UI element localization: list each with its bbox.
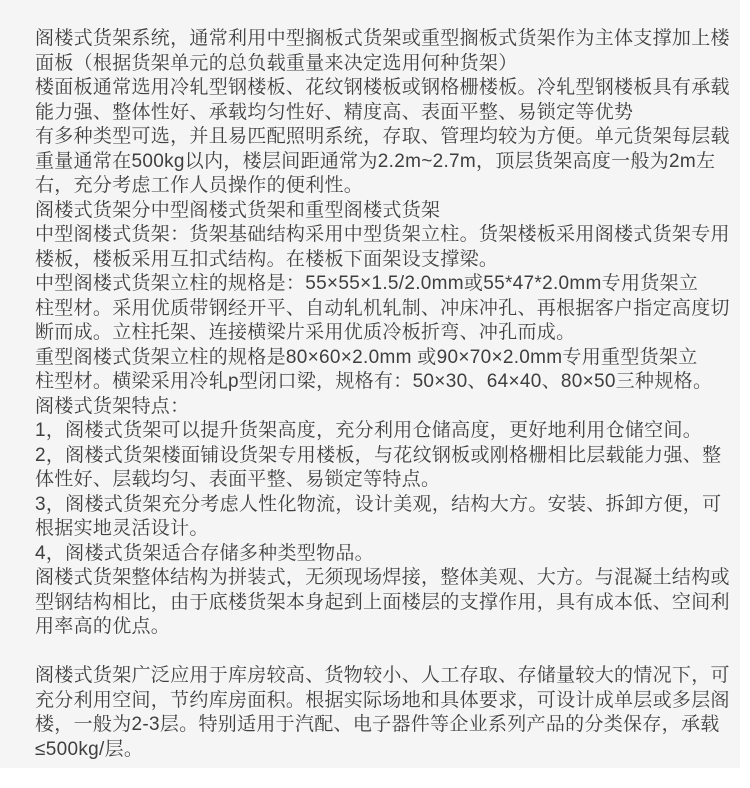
text-line: 面板（根据货架单元的总负载重量来决定选用何种货架） — [35, 52, 715, 77]
text-line: ≤500kg/层。 — [35, 738, 715, 763]
article-content-panel: 阁楼式货架系统，通常利用中型搁板式货架或重型搁板式货架作为主体支撑加上楼面板（根… — [0, 0, 740, 768]
text-line: 中型阁楼式货架：货架基础结构采用中型货架立柱。货架楼板采用阁楼式货架专用 — [35, 223, 715, 248]
blank-line — [35, 640, 715, 665]
text-line: 2，阁楼式货架楼面铺设货架专用楼板，与花纹钢板或刚格栅相比层载能力强、整 — [35, 444, 715, 469]
text-line: 用率高的优点。 — [35, 615, 715, 640]
text-line: 柱型材。采用优质带钢经开平、自动轧机轧制、冲床冲孔、再根据客户指定高度切 — [35, 297, 715, 322]
text-line: 重型阁楼式货架立柱的规格是80×60×2.0mm 或90×70×2.0mm专用重… — [35, 346, 715, 371]
text-line: 有多种类型可选，并且易匹配照明系统，存取、管理均较为方便。单元货架每层载 — [35, 125, 715, 150]
text-line: 柱型材。横梁采用冷轧p型闭口梁，规格有：50×30、64×40、80×50三种规… — [35, 370, 715, 395]
text-line: 充分利用空间，节约库房面积。根据实际场地和具体要求，可设计成单层或多层阁 — [35, 689, 715, 714]
text-line: 重量通常在500kg以内，楼层间距通常为2.2m~2.7m，顶层货架高度一般为2… — [35, 150, 715, 175]
text-line: 右，充分考虑工作人员操作的便利性。 — [35, 174, 715, 199]
text-line: 4，阁楼式货架适合存储多种类型物品。 — [35, 542, 715, 567]
text-line: 断而成。立柱托架、连接横梁片采用优质冷板折弯、冲孔而成。 — [35, 321, 715, 346]
text-line: 根据实地灵活设计。 — [35, 517, 715, 542]
page: 阁楼式货架系统，通常利用中型搁板式货架或重型搁板式货架作为主体支撑加上楼面板（根… — [0, 0, 750, 788]
text-line: 楼板，楼板采用互扣式结构。在楼板下面架设支撑梁。 — [35, 248, 715, 273]
text-line: 体性好、层载均匀、表面平整、易锁定等特点。 — [35, 468, 715, 493]
text-line: 中型阁楼式货架立柱的规格是：55×55×1.5/2.0mm或55*47*2.0m… — [35, 272, 715, 297]
text-line: 型钢结构相比，由于底楼货架本身起到上面楼层的支撑作用，具有成本低、空间利 — [35, 591, 715, 616]
text-line: 能力强、整体性好、承载均匀性好、精度高、表面平整、易锁定等优势 — [35, 101, 715, 126]
text-line: 3，阁楼式货架充分考虑人性化物流，设计美观，结构大方。安装、拆卸方便，可 — [35, 493, 715, 518]
text-line: 阁楼式货架系统，通常利用中型搁板式货架或重型搁板式货架作为主体支撑加上楼 — [35, 27, 715, 52]
text-line: 楼，一般为2-3层。特别适用于汽配、电子器件等企业系列产品的分类保存，承载 — [35, 713, 715, 738]
text-line: 阁楼式货架分中型阁楼式货架和重型阁楼式货架 — [35, 199, 715, 224]
article-text-block: 阁楼式货架系统，通常利用中型搁板式货架或重型搁板式货架作为主体支撑加上楼面板（根… — [35, 27, 715, 762]
text-line: 1，阁楼式货架可以提升货架高度，充分利用仓储高度，更好地利用仓储空间。 — [35, 419, 715, 444]
text-line: 阁楼式货架广泛应用于库房较高、货物较小、人工存取、存储量较大的情况下，可 — [35, 664, 715, 689]
text-line: 阁楼式货架特点： — [35, 395, 715, 420]
text-line: 阁楼式货架整体结构为拼装式，无须现场焊接，整体美观、大方。与混凝土结构或 — [35, 566, 715, 591]
text-line: 楼面板通常选用冷轧型钢楼板、花纹钢楼板或钢格栅楼板。冷轧型钢楼板具有承载 — [35, 76, 715, 101]
